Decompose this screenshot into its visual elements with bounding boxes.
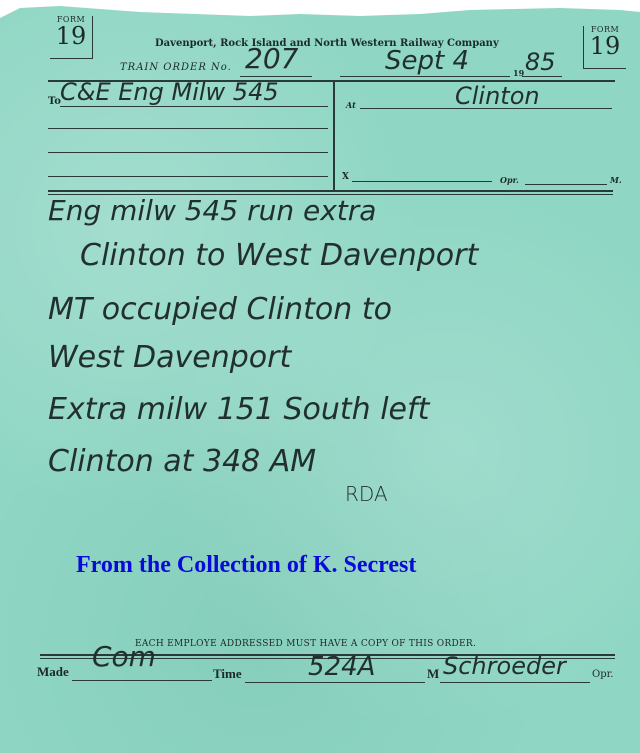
time-line xyxy=(245,682,425,683)
time-value: 524A xyxy=(308,652,375,682)
x-line xyxy=(352,181,492,182)
order-line-4: West Davenport xyxy=(48,340,291,375)
opr-line xyxy=(525,184,607,185)
order-line-5: Extra milw 151 South left xyxy=(48,392,429,427)
m-label: M. xyxy=(610,175,622,185)
center-divider xyxy=(333,80,335,192)
form-number: 19 xyxy=(584,34,626,58)
order-line-1: Eng milw 545 run extra xyxy=(48,194,376,227)
form-number-box-right: FORM 19 xyxy=(583,26,626,69)
made-value: Com xyxy=(92,640,156,673)
form-number-box-left: FORM 19 xyxy=(50,16,93,59)
order-line-6: Clinton at 348 AM xyxy=(48,444,316,479)
year-line xyxy=(522,76,562,77)
operator-line xyxy=(440,682,590,683)
to-value: C&E Eng Milw 545 xyxy=(60,78,279,106)
copy-notice: EACH EMPLOYE ADDRESSED MUST HAVE A COPY … xyxy=(135,639,476,649)
train-order-paper: FORM 19 FORM 19 Davenport, Rock Island a… xyxy=(0,0,640,753)
body-divider-1 xyxy=(48,190,613,192)
m-label-footer: M xyxy=(427,666,439,682)
to-line-4 xyxy=(48,176,328,177)
train-order-line xyxy=(240,76,312,77)
opr-label-footer: Opr. xyxy=(592,669,613,680)
x-label: X xyxy=(342,172,349,182)
train-order-label: TRAIN ORDER No. xyxy=(120,62,232,73)
to-line-1 xyxy=(60,106,328,107)
year-value: 85 xyxy=(525,48,556,76)
form-number: 19 xyxy=(50,24,92,48)
time-label: Time xyxy=(213,666,242,682)
at-line xyxy=(360,108,612,109)
date-line xyxy=(340,76,510,77)
collection-watermark: From the Collection of K. Secrest xyxy=(76,552,416,579)
initials: RDA xyxy=(345,482,388,506)
operator-value: Schroeder xyxy=(443,652,566,680)
opr-label: Opr. xyxy=(500,175,519,185)
date-value: Sept 4 xyxy=(385,46,469,76)
made-label: Made xyxy=(37,664,69,680)
at-label: At xyxy=(346,100,356,110)
train-order-number: 207 xyxy=(245,42,298,75)
order-line-2: Clinton to West Davenport xyxy=(80,238,478,273)
at-value: Clinton xyxy=(455,82,540,110)
made-line xyxy=(72,680,212,681)
to-line-2 xyxy=(48,128,328,129)
to-line-3 xyxy=(48,152,328,153)
order-line-3: MT occupied Clinton to xyxy=(48,292,392,327)
